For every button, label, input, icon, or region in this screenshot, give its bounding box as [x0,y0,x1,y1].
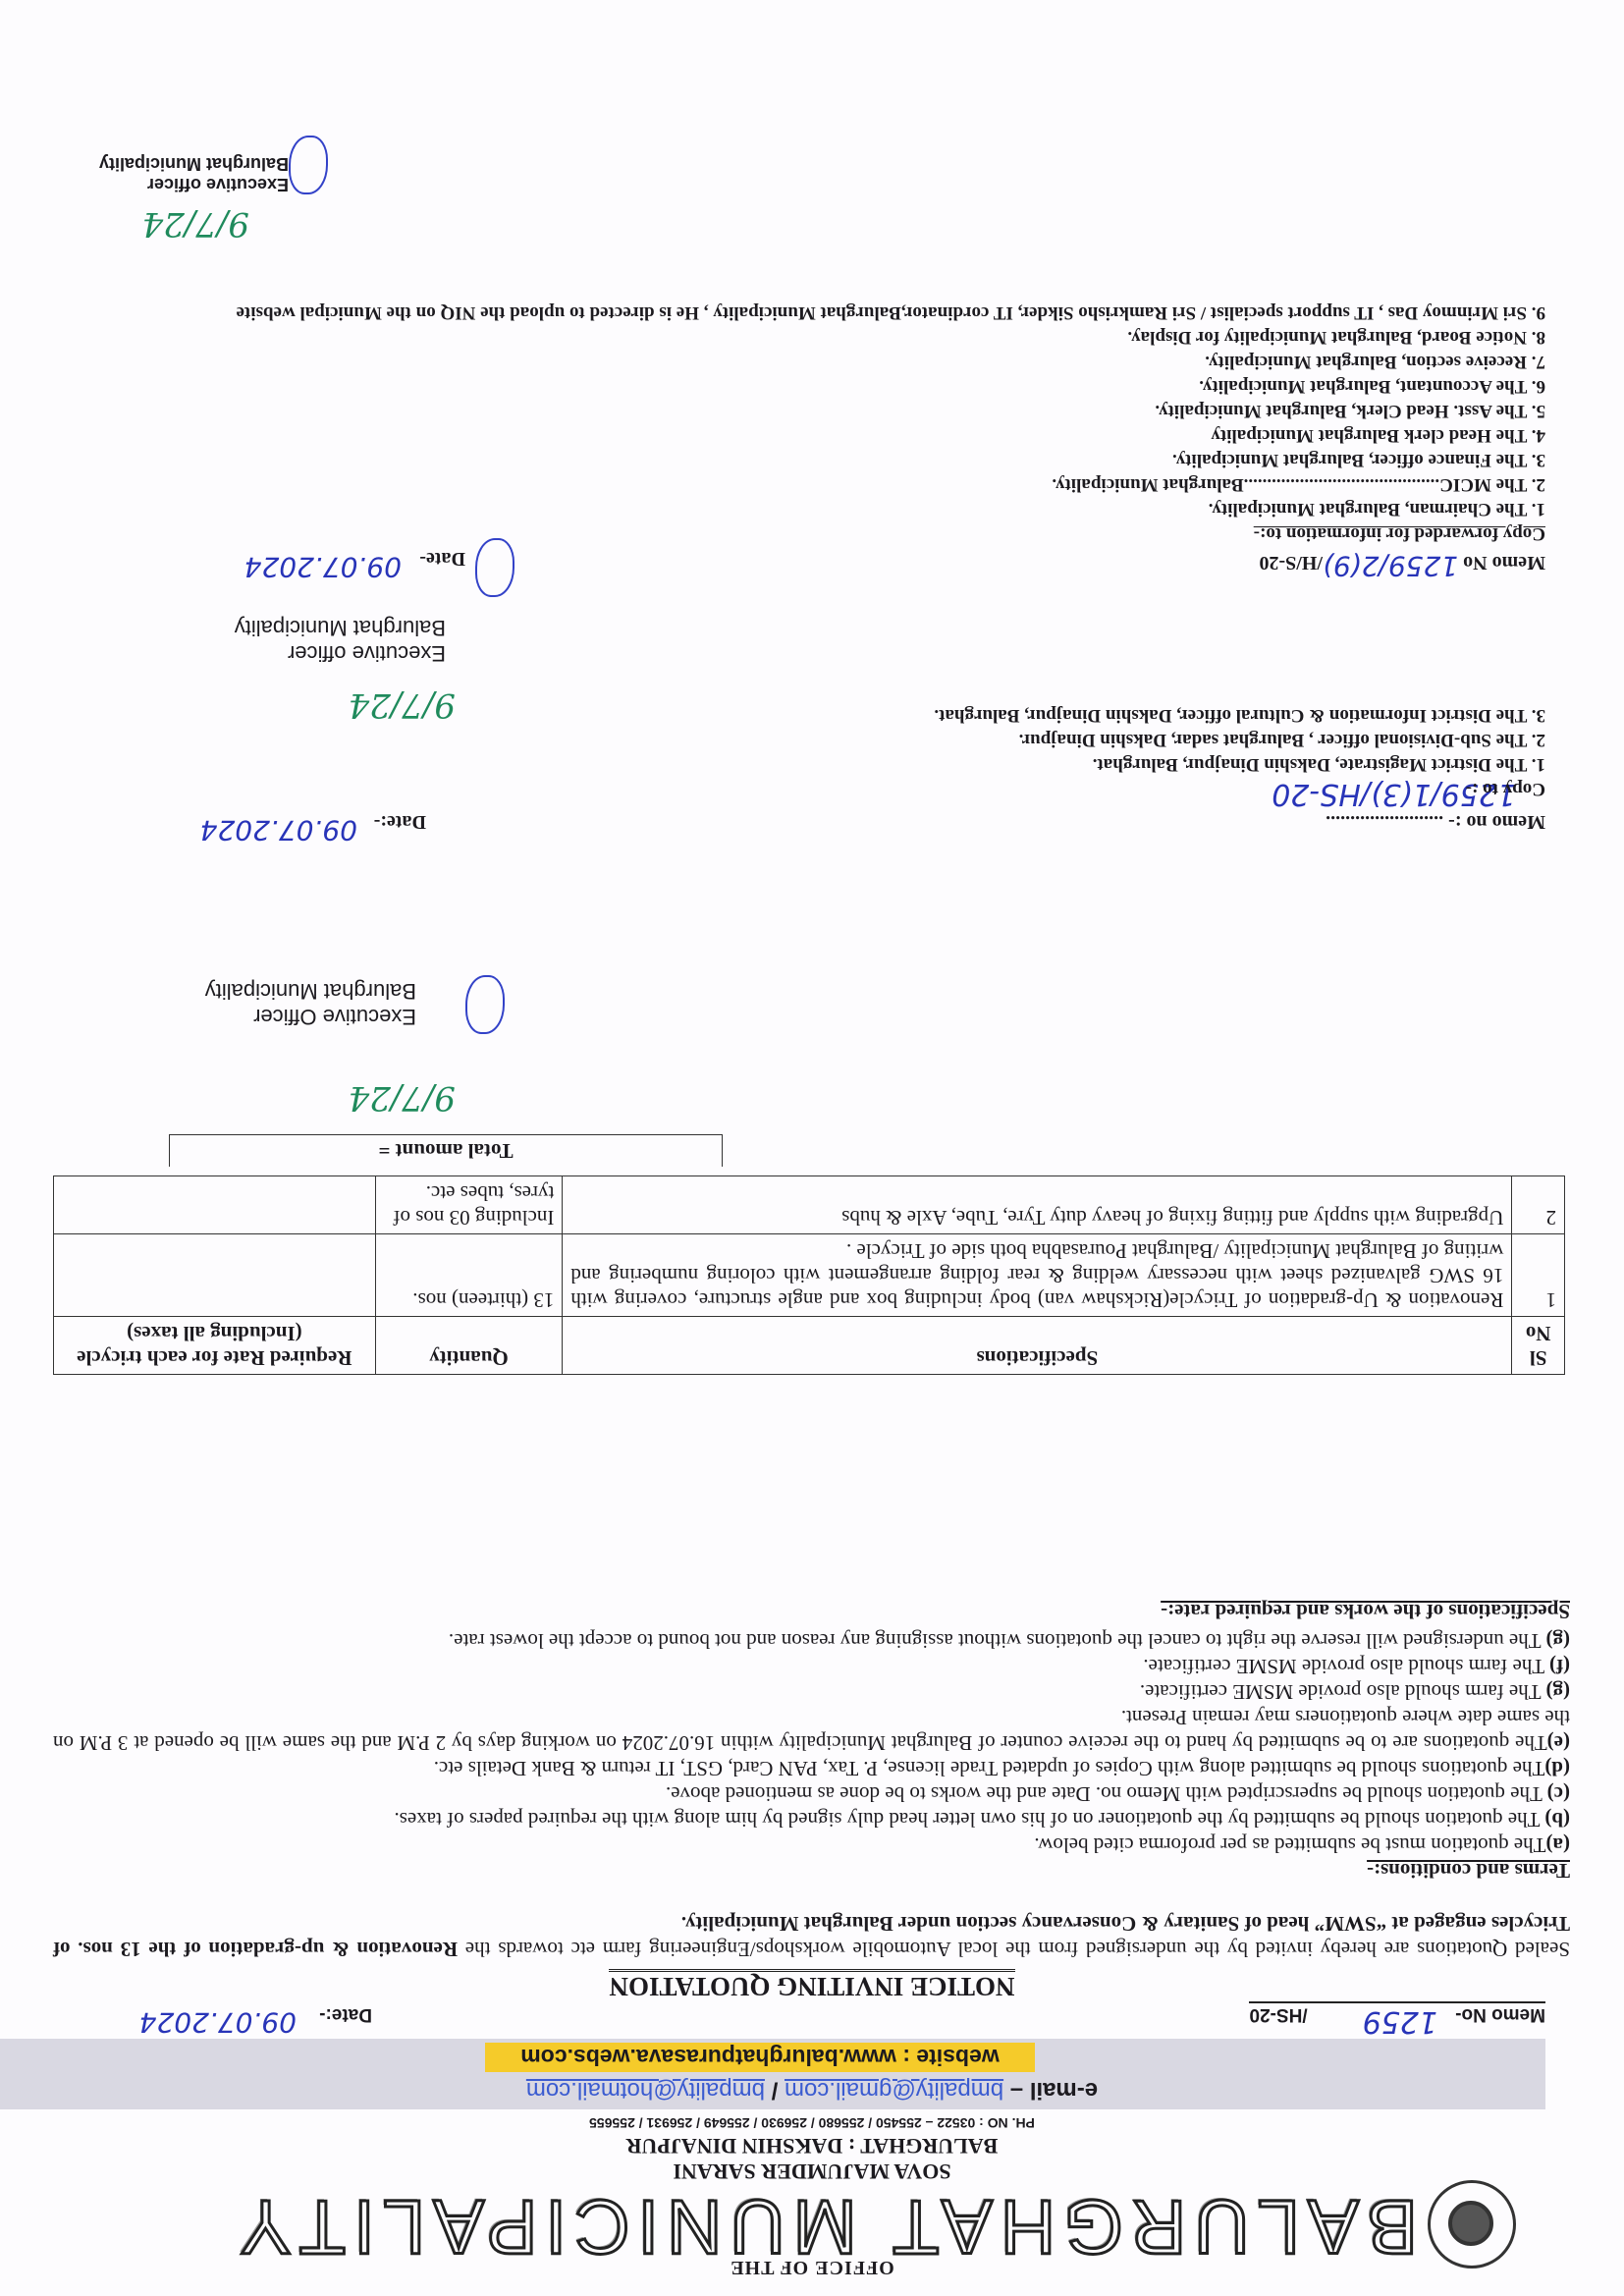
memo-label: Memo No- [1455,2004,1545,2025]
memo-date-label: Date:- [319,2003,372,2025]
notice-intro: Sealed Quotations are hereby invited by … [53,1911,1570,1962]
signatory-designation: Executive Officer [205,1004,416,1029]
memo-suffix: /HS-20 [1249,2004,1307,2025]
total-amount-label: Total amount = [169,1134,723,1167]
term-item: (b) The quotation should be submitted by… [53,1807,1570,1832]
signature-handwritten-date: 9/7/24 [142,204,249,244]
list-item: 2. The Sub-Divisional officer , Balurgha… [934,728,1545,752]
signatory-org: Balurghat Municipality [99,153,289,174]
notice-title: NOTICE INVITING QUOTATION [0,1971,1624,2001]
term-item: (a)The quotation must be submitted as pe… [53,1832,1570,1858]
copy-to-list: 1. The District Magistrate, Dakshin Dina… [934,703,1545,777]
list-item: 1. The Chairman, Balurghat Municipality. [33,497,1545,521]
cell-spec: Upgrading with supply and fitting fixing… [563,1176,1512,1234]
initial-signature-icon [289,136,328,194]
cell-qty: 13 (thirteen) nos. [375,1234,563,1317]
forwarded-heading: Copy forwarded for information to:- [33,521,1545,546]
seal-emblem-icon [1448,2201,1493,2246]
signatory-org: Balurghat Municipality [235,615,446,640]
memo-handwritten-number: 1259 [1363,2004,1437,2039]
email-line: e-mail – bmpality@gmail.com / bmpality@h… [0,2076,1624,2104]
spec-heading: Specifications of the works and required… [53,1599,1570,1624]
email-link-gmail[interactable]: bmpality@gmail.com [785,2077,1003,2104]
list-item: 9. Sri Mrinmoy Das , IT support speciali… [33,301,1545,325]
list-item: 3. The Finance officer, Balurghat Munici… [33,448,1545,472]
website-link[interactable]: website : www.balurghatpurasava.webs.com [485,2043,1035,2072]
initial-signature-icon [475,538,514,597]
term-item: (f) The farm should also provide MSME ce… [53,1654,1570,1679]
forward-date-label: Date- [419,547,465,570]
term-item: (c) The quotation should be superscripte… [53,1781,1570,1807]
signature-block-1: Executive Officer Balurghat Municipality [205,978,416,1029]
term-item: (e)The quotations are to be submitted by… [53,1705,1570,1756]
cell-qty: Including 03 nos of tyres, tubes etc. [375,1176,563,1234]
term-item: (d)The quotations should be submitted al… [53,1756,1570,1781]
forward-memo: Memo No 1259/2(9)/H/S-20 [1260,550,1545,582]
list-item: 6. The Accountant, Balurghat Municipalit… [33,374,1545,399]
cell-rate [54,1176,376,1234]
term-item: (g) The farm should also provide MSME ce… [53,1679,1570,1705]
email-label: e-mail – [1010,2077,1098,2104]
email-link-hotmail[interactable]: bmpality@hotmail.com [526,2077,765,2104]
copy-to-heading: Copy to :- [934,777,1545,801]
signature-block-3: Executive officer Balurghat Municipality [99,153,289,194]
address-line-1: SOVA MAJUMDER SARANI [0,2159,1624,2184]
notice-document: OFFICE OF THE BALURGHAT MUNICIPALITY SOV… [0,0,1624,2296]
list-item: 7. Receive section, Balurghat Municipali… [33,350,1545,374]
memo-handwritten-date: 09.07.2024 [139,2006,297,2039]
phone-numbers: PH. NO : 03522 – 255450 / 255680 / 25693… [0,2115,1624,2131]
cell-spec: Renovation & Up-gradation of Tricycle(Ri… [563,1234,1512,1317]
terms-list: (a)The quotation must be submitted as pe… [53,1628,1570,1858]
signature-block-2: Executive officer Balurghat Municipality [235,615,446,666]
municipality-seal-icon [1428,2180,1516,2269]
list-item: 1. The District Magistrate, Dakshin Dina… [934,752,1545,777]
spec-table: Sl No Specifications Quantity Required R… [53,1175,1565,1375]
col-specifications: Specifications [563,1317,1512,1375]
copy-date-label: Date:- [374,810,426,833]
list-item: 2. The MCIC.............................… [33,472,1545,497]
initial-signature-icon [465,975,505,1034]
signatory-org: Balurghat Municipality [205,978,416,1004]
copy-memo-label: Memo no :- ........................ [1326,810,1545,833]
forwarded-list: 1. The Chairman, Balurghat Municipality.… [33,301,1545,521]
term-item: (g) The undersigned will reserve the rig… [53,1628,1570,1654]
cell-rate [54,1234,376,1317]
forwarded-section: Copy forwarded for information to:- 1. T… [33,301,1545,546]
list-item: 5. The Asst. Head Clerk, Balurghat Munic… [33,399,1545,423]
terms-section: Terms and conditions:- (a)The quotation … [53,1599,1570,1884]
col-quantity: Quantity [375,1317,563,1375]
signature-handwritten-date: 9/7/24 [349,685,456,725]
col-rate: Required Rate for each tricycle (Includi… [54,1317,376,1375]
terms-heading: Terms and conditions:- [53,1858,1570,1884]
list-item: 3. The District Information & Cultural o… [934,703,1545,728]
signatory-designation: Executive officer [235,640,446,666]
table-row: 1Renovation & Up-gradation of Tricycle(R… [54,1234,1565,1317]
copy-to-section: Copy to :- 1. The District Magistrate, D… [934,703,1545,801]
copy-date-handwritten: 09.07.2024 [200,814,357,847]
signature-handwritten-date: 9/7/24 [349,1078,456,1118]
cell-sl: 1 [1512,1234,1565,1317]
municipality-name: BALURGHAT MUNICIPALITY [232,2188,1418,2267]
forward-memo-handwritten: 1259/2(9) [1323,550,1458,582]
table-header-row: Sl No Specifications Quantity Required R… [54,1317,1565,1375]
email-separator: / [772,2077,779,2104]
col-sl-no: Sl No [1512,1317,1565,1375]
signatory-designation: Executive officer [99,174,289,194]
cell-sl: 2 [1512,1176,1565,1234]
list-item: 8. Notice Board, Balurghat Municipality … [33,325,1545,350]
table-row: 2Upgrading with supply and fitting fixin… [54,1176,1565,1234]
forward-date-handwritten: 09.07.2024 [244,551,402,583]
address-line-2: BALURGHAT : DAKSHIN DINAJPUR [0,2133,1624,2159]
list-item: 4. The Head clerk Balurghat Municipality [33,423,1545,448]
